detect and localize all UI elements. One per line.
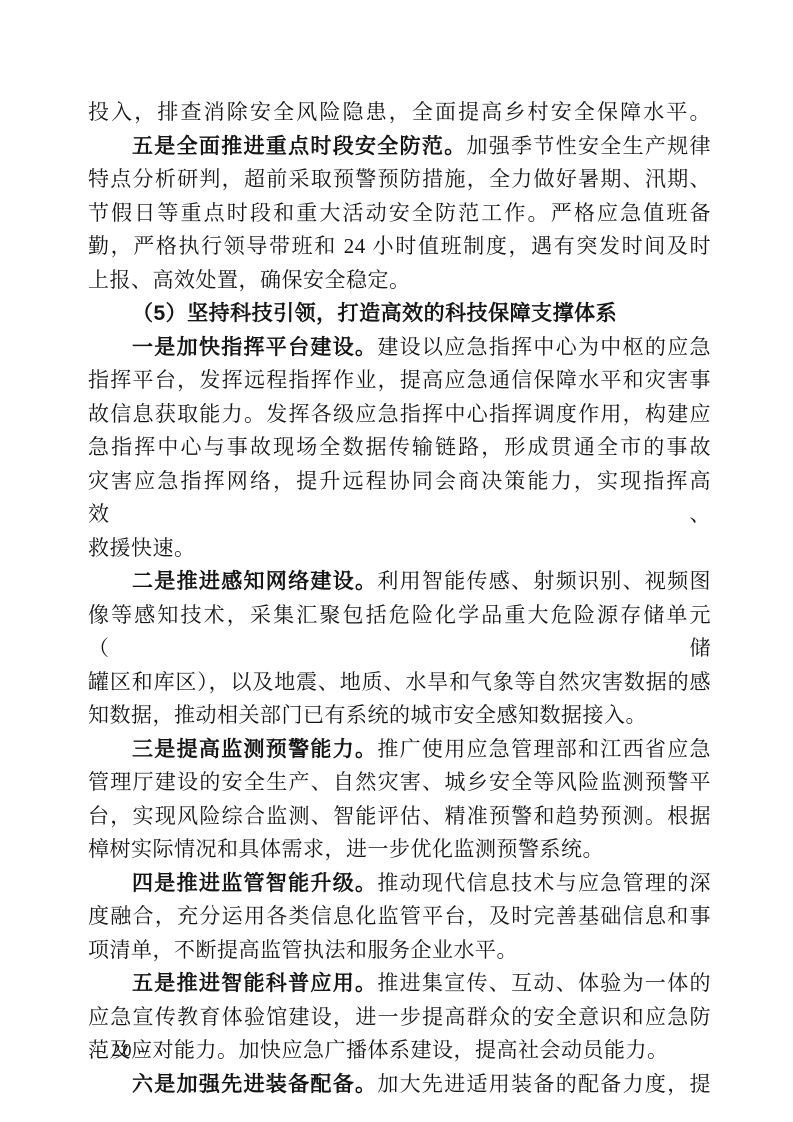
document-page: 投入，排查消除安全风险隐患，全面提高乡村安全保障水平。五是全面推进重点时段安全防… [0,0,793,1122]
document-body: 投入，排查消除安全风险隐患，全面提高乡村安全保障水平。五是全面推进重点时段安全防… [88,96,711,1101]
line-text: 知数据，推动相关部门已有系统的城市安全感知数据接入。 [88,703,647,727]
text-line: 上报、高效处置，确保安全稳定。 [88,264,711,298]
line-text: 樟树实际情况和具体需求，进一步优化监测预警系统。 [88,837,604,861]
text-line: 台，实现风险综合监测、智能评估、精准预警和趋势预测。根据 [88,800,711,834]
bold-lead-text: 四是推进监管智能升级。 [132,872,377,895]
text-line: 特点分析研判，超前采取预警预防措施，全力做好暑期、汛期、 [88,163,711,197]
bold-lead-text: 五是推进智能科普应用。 [132,972,377,995]
line-text: 建设以应急指挥中心为中枢的应急 [377,335,711,359]
line-text: 罐区和库区），以及地震、地质、水旱和气象等自然灾害数据的感 [88,670,711,694]
text-line: 度融合，充分运用各类信息化监管平台，及时完善基础信息和事 [88,900,711,934]
line-text: 推广使用应急管理部和江西省应急 [377,737,711,761]
line-text: 加大先进适用装备的配备力度，提 [377,1072,711,1096]
bold-lead-text: 一是加快指挥平台建设。 [132,336,377,359]
text-line: 勤，严格执行领导带班和 24 小时值班制度，遇有突发时间及时 [88,230,711,264]
text-line: 指挥平台，发挥远程指挥作业，提高应急通信保障水平和灾害事 [88,364,711,398]
bold-lead-text: （5）坚持科技引领，打造高效的科技保障支撑体系 [132,302,617,325]
line-text: 灾害应急指挥网络，提升远程协同会商决策能力，实现指挥高效、 [88,469,711,527]
text-line: 五是推进智能科普应用。推进集宣传、互动、体验为一体的 [88,967,711,1001]
bold-lead-text: 五是全面推进重点时段安全防范。 [132,135,467,158]
text-line: 樟树实际情况和具体需求，进一步优化监测预警系统。 [88,833,711,867]
bold-lead-text: 二是推进感知网络建设。 [132,570,377,593]
line-text: 投入，排查消除安全风险隐患，全面提高乡村安全保障水平。 [88,100,711,124]
text-line: （5）坚持科技引领，打造高效的科技保障支撑体系 [88,297,711,331]
line-text: 救援快速。 [88,536,196,560]
bold-lead-text: 六是加强先进装备配备。 [132,1073,377,1096]
text-line: 二是推进感知网络建设。利用智能传感、射频识别、视频图 [88,565,711,599]
text-line: 投入，排查消除安全风险隐患，全面提高乡村安全保障水平。 [88,96,711,130]
line-text: 故信息获取能力。发挥各级应急指挥中心指挥调度作用，构建应 [88,402,711,426]
line-text: 利用智能传感、射频识别、视频图 [377,569,711,593]
text-line: 罐区和库区），以及地震、地质、水旱和气象等自然灾害数据的感 [88,666,711,700]
line-text: 指挥平台，发挥远程指挥作业，提高应急通信保障水平和灾害事 [88,368,711,392]
line-text: 上报、高效处置，确保安全稳定。 [88,268,411,292]
line-text: 应急宣传教育体验馆建设，进一步提高群众的安全意识和应急防 [88,1005,711,1029]
text-line: 像等感知技术，采集汇聚包括危险化学品重大危险源存储单元（储 [88,599,711,666]
line-text: 勤，严格执行领导带班和 24 小时值班制度，遇有突发时间及时 [88,234,711,258]
line-text: 范及应对能力。加快应急广播体系建设，提高社会动员能力。 [88,1038,669,1062]
text-line: 四是推进监管智能升级。推动现代信息技术与应急管理的深 [88,867,711,901]
text-line: 救援快速。 [88,532,711,566]
line-text: 推动现代信息技术与应急管理的深 [377,871,711,895]
text-line: 六是加强先进装备配备。加大先进适用装备的配备力度，提 [88,1068,711,1102]
text-line: 三是提高监测预警能力。推广使用应急管理部和江西省应急 [88,733,711,767]
line-text: 台，实现风险综合监测、智能评估、精准预警和趋势预测。根据 [88,804,711,828]
text-line: 知数据，推动相关部门已有系统的城市安全感知数据接入。 [88,699,711,733]
text-line: 项清单，不断提高监管执法和服务企业水平。 [88,934,711,968]
line-text: 推进集宣传、互动、体验为一体的 [377,971,711,995]
text-line: 应急宣传教育体验馆建设，进一步提高群众的安全意识和应急防 [88,1001,711,1035]
text-line: 节假日等重点时段和重大活动安全防范工作。严格应急值班备 [88,197,711,231]
text-line: 管理厅建设的安全生产、自然灾害、城乡安全等风险监测预警平 [88,766,711,800]
bold-lead-text: 三是提高监测预警能力。 [132,738,377,761]
line-text: 管理厅建设的安全生产、自然灾害、城乡安全等风险监测预警平 [88,770,711,794]
line-text: 节假日等重点时段和重大活动安全防范工作。严格应急值班备 [88,201,711,225]
page-number: – 20 – [94,1038,151,1062]
text-line: 范及应对能力。加快应急广播体系建设，提高社会动员能力。 [88,1034,711,1068]
line-text: 像等感知技术，采集汇聚包括危险化学品重大危险源存储单元（储 [88,603,711,661]
line-text: 急指挥中心与事故现场全数据传输链路，形成贯通全市的事故 [88,435,711,459]
text-line: 一是加快指挥平台建设。建设以应急指挥中心为中枢的应急 [88,331,711,365]
line-text: 项清单，不断提高监管执法和服务企业水平。 [88,938,518,962]
text-line: 灾害应急指挥网络，提升远程协同会商决策能力，实现指挥高效、 [88,465,711,532]
text-line: 故信息获取能力。发挥各级应急指挥中心指挥调度作用，构建应 [88,398,711,432]
line-text: 度融合，充分运用各类信息化监管平台，及时完善基础信息和事 [88,904,711,928]
text-line: 五是全面推进重点时段安全防范。加强季节性安全生产规律 [88,130,711,164]
line-text: 特点分析研判，超前采取预警预防措施，全力做好暑期、汛期、 [88,167,711,191]
line-text: 加强季节性安全生产规律 [467,134,712,158]
text-line: 急指挥中心与事故现场全数据传输链路，形成贯通全市的事故 [88,431,711,465]
